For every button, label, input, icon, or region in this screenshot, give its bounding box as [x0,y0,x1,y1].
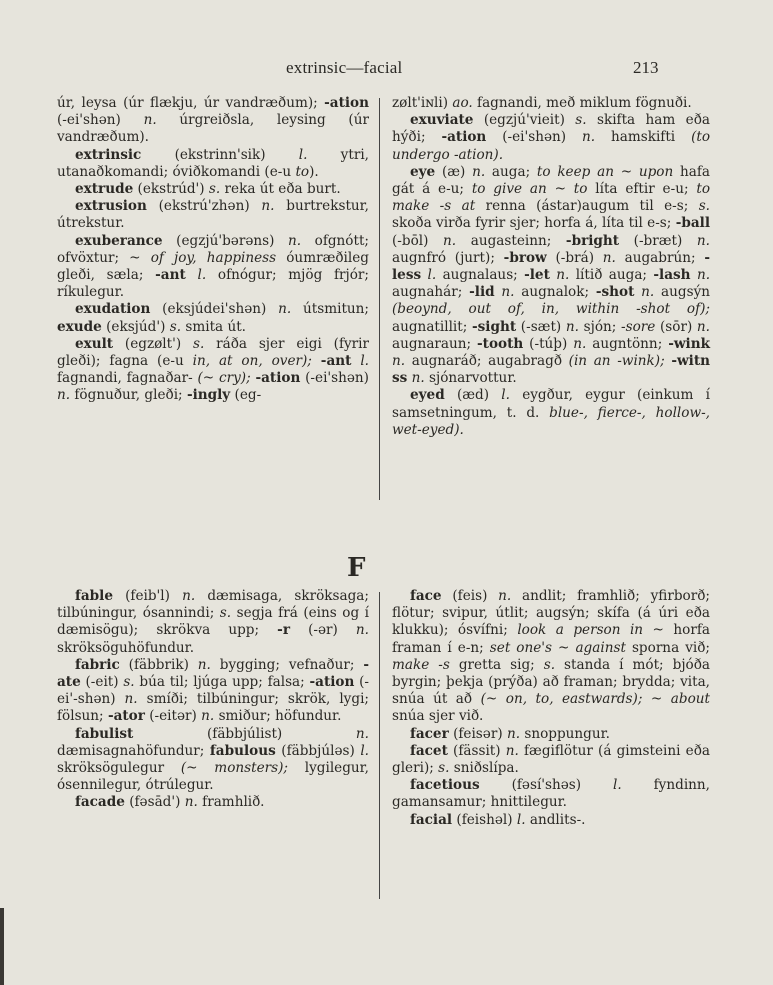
dictionary-entry-facetious: facetious (fəsí'shəs) l. fyndinn, gamans… [392,777,710,811]
dictionary-entry-extrinsic: extrinsic (ekstrinn'sik) l. ytri, utanað… [57,147,369,181]
section-f-entries: fable (feib'l) n. dæmisaga, skröksaga; t… [57,588,717,908]
dictionary-entry-fabulist: fabulist (fäbbjúlist) n. dæmisagnahöfund… [57,726,369,795]
running-title: extrinsic—facial [286,58,402,78]
dictionary-entry-eye: eye (æ) n. auga; to keep an ~ upon hafa … [392,164,710,388]
dictionary-entry-extrusion: extrusion (ekstrú'zhən) n. burtrekstur, … [57,198,369,232]
page-number: 213 [633,58,659,78]
dictionary-entry-facial: facial (feishəl) l. andlits-. [392,812,710,829]
dictionary-entry-exuberance: exuberance (egzjú'bərəns) n. ofgnótt; of… [57,233,369,302]
column-left: úr, leysa (úr flækju, úr vandræðum); -at… [57,95,379,563]
dictionary-entry-cont-exultingly: zølt'iɴli) ao. fagnandi, með miklum fögn… [392,95,710,112]
dictionary-entry-exult: exult (egzølt') s. ráða sjer eigi (fyrir… [57,336,369,405]
dictionary-entry-face: face (feis) n. andlit; framhlið; yfirbor… [392,588,710,726]
dictionary-entry-eyed: eyed (æd) l. eygður, eygur (einkum í sam… [392,387,710,439]
dictionary-entry-facet: facet (fässit) n. fægiflötur (á gimstein… [392,743,710,777]
running-header: extrinsic—facial 213 [0,58,773,84]
dictionary-entry-extrude: extrude (ekstrúd') s. reka út eða burt. [57,181,369,198]
dictionary-entry-fable: fable (feib'l) n. dæmisaga, skröksaga; t… [57,588,369,657]
section-e-entries: úr, leysa (úr flækju, úr vandræðum); -at… [57,95,717,563]
dictionary-entry-cont-extricate: úr, leysa (úr flækju, úr vandræðum); -at… [57,95,369,147]
column-left: fable (feib'l) n. dæmisaga, skröksaga; t… [57,588,379,908]
section-letter-heading: F [347,553,365,583]
dictionary-entry-exudation: exudation (eksjúdei'shən) n. útsmitun; e… [57,301,369,335]
column-right: face (feis) n. andlit; framhlið; yfirbor… [380,588,710,908]
page-edge-shadow [0,908,4,985]
dictionary-entry-fabric: fabric (fäbbrik) n. bygging; vefnaður; -… [57,657,369,726]
column-right: zølt'iɴli) ao. fagnandi, með miklum fögn… [380,95,710,563]
dictionary-entry-facer: facer (feisər) n. snoppungur. [392,726,710,743]
dictionary-entry-exuviate: exuviate (egzjú'vieit) s. skifta ham eða… [392,112,710,164]
dictionary-entry-facade: facade (fəsād') n. framhlið. [57,794,369,811]
